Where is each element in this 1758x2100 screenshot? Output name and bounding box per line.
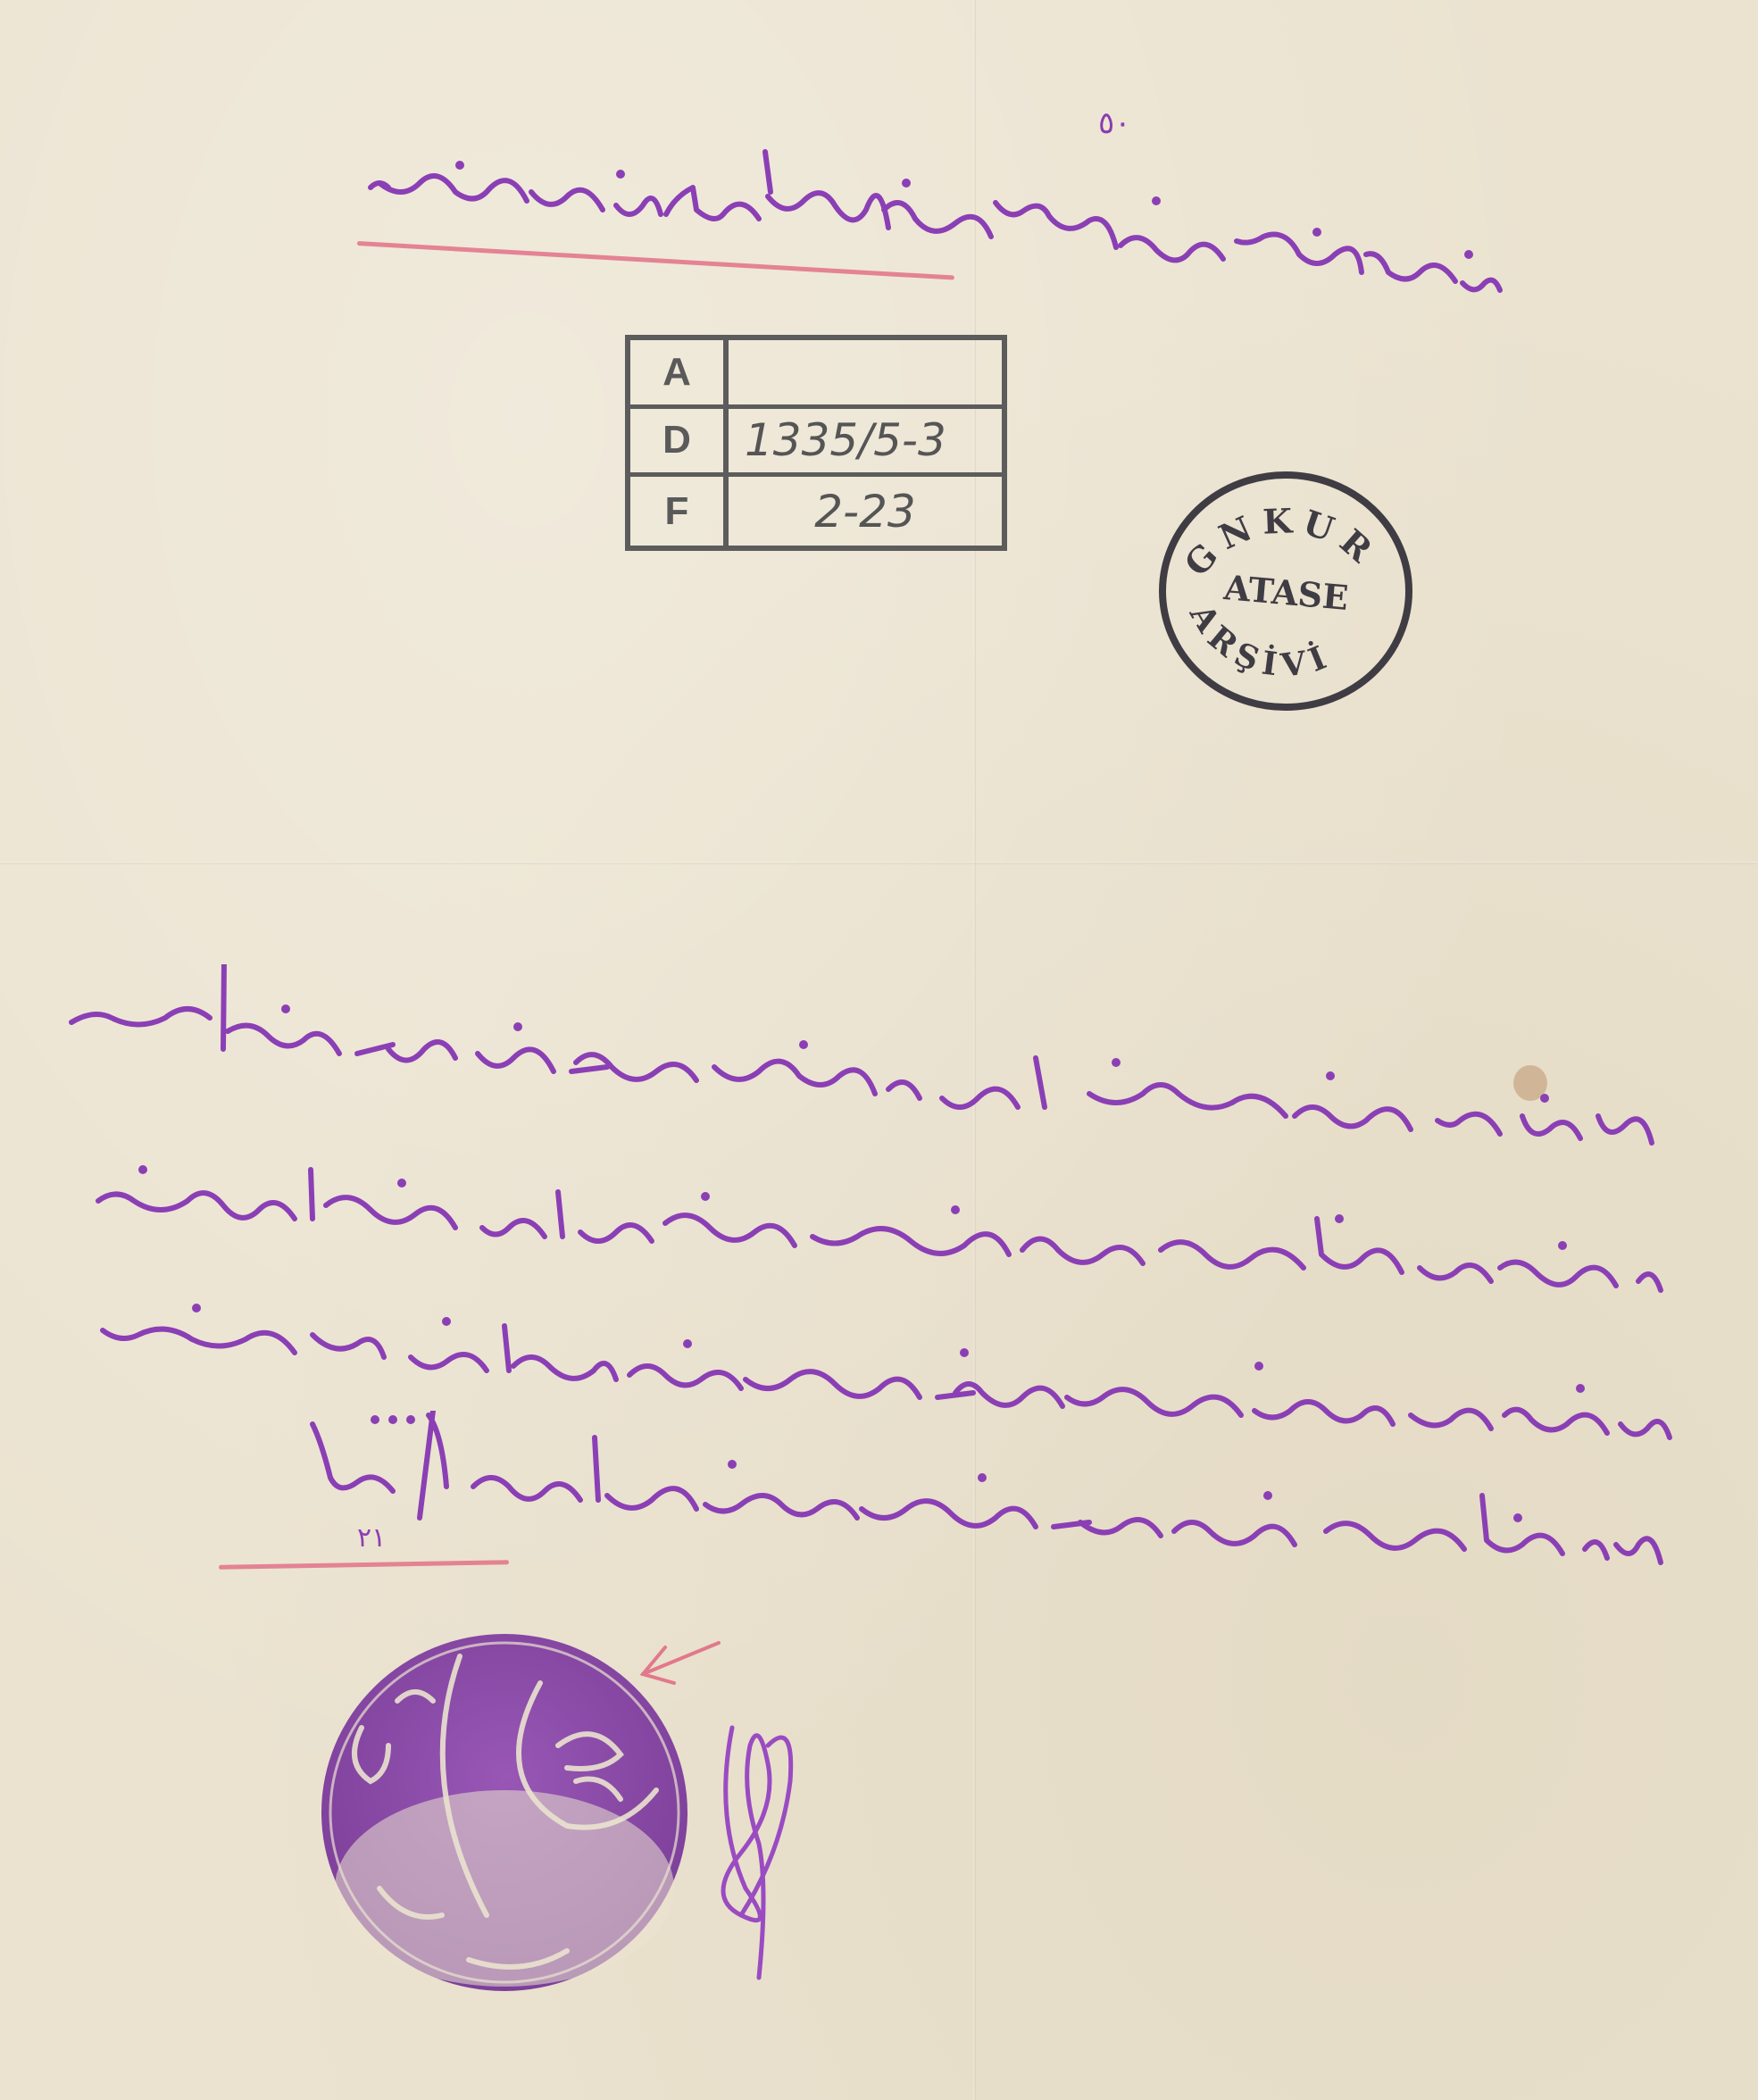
ottoman-seal: [308, 1621, 701, 2004]
archive-reference-box: A D 1335/5-3 F 2-23: [625, 335, 1007, 551]
archive-key-a: A: [630, 340, 729, 409]
handwriting-line-1: [18, 964, 1758, 1170]
archive-value-f: 2-23: [729, 477, 1002, 546]
gnkur-archive-stamp: GNKUR ATASE ARŞİVİ: [1156, 469, 1415, 714]
page-number: ٥٠: [1098, 105, 1131, 141]
signature: [705, 1710, 804, 1990]
archive-key-f: F: [630, 477, 729, 546]
document-page: ٥٠: [0, 0, 1758, 2100]
stamp-center-text: ATASE: [1221, 567, 1350, 618]
archive-value-a: [729, 340, 1002, 409]
archive-value-d: 1335/5-3: [729, 409, 1002, 478]
date-note: ٢١: [357, 1522, 386, 1554]
paper-fold-horizontal: [0, 862, 1758, 864]
body-line-1: [18, 964, 1758, 1170]
archive-key-d: D: [630, 409, 729, 478]
